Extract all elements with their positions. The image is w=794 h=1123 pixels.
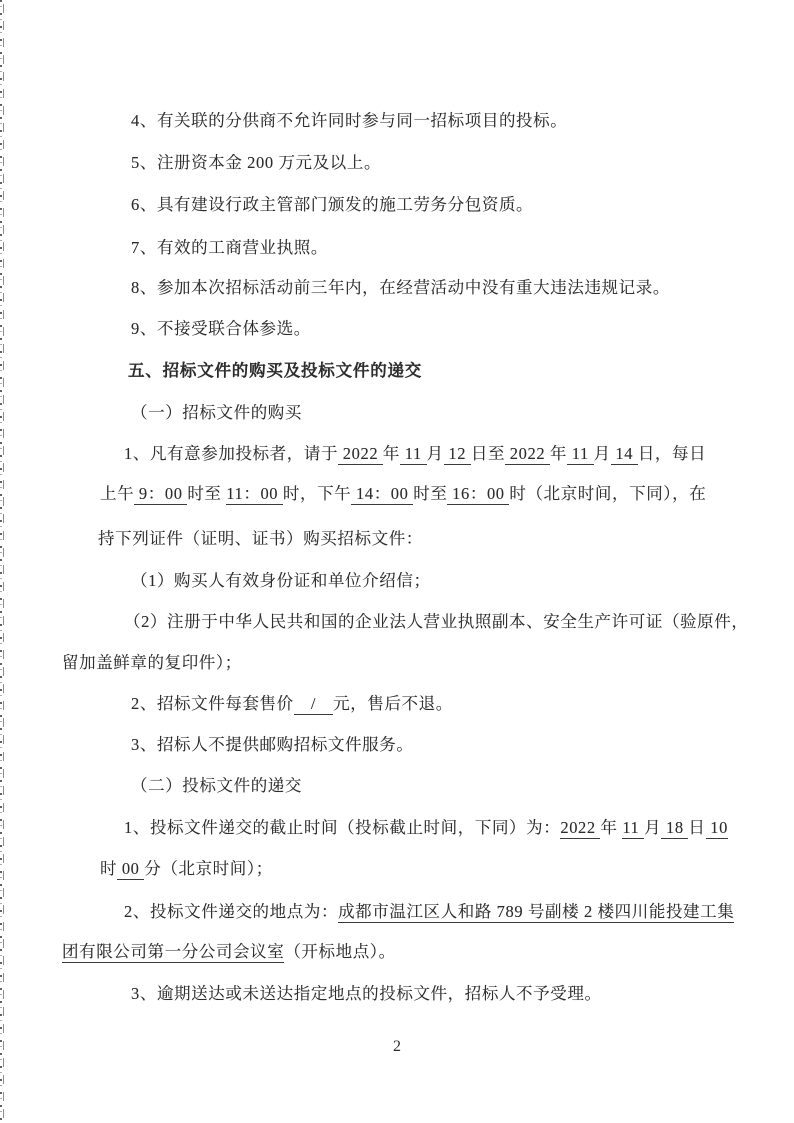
- underlined-fill-in-text: 2022: [338, 444, 383, 465]
- text-segment: （1）购买人有效身份证和单位介绍信；: [131, 571, 431, 590]
- section-heading: 五、招标文件的购买及投标文件的递交: [128, 360, 422, 382]
- underlined-fill-in-text: 11: [622, 818, 644, 839]
- text-line: 8、参加本次招标活动前三年内，在经营活动中没有重大违法违规记录。: [131, 277, 670, 299]
- text-segment: 2、招标文件每套售价: [131, 694, 294, 713]
- text-line: 3、招标人不提供邮购招标文件服务。: [131, 734, 413, 756]
- text-segment: 月: [427, 444, 444, 463]
- underlined-fill-in-text: 14：00: [351, 484, 413, 505]
- text-segment: 日: [688, 818, 705, 837]
- text-segment: 时（北京时间，下同），在: [509, 484, 706, 503]
- underlined-fill-in-text: 9：00: [134, 484, 187, 505]
- text-segment: 4、有关联的分供商不允许同时参与同一招标项目的投标。: [131, 111, 567, 130]
- underlined-fill-in-text: 14: [611, 444, 638, 465]
- text-segment: 分（北京时间）；: [144, 859, 273, 878]
- text-segment: 月: [644, 818, 661, 837]
- text-segment: 1、投标文件递交的截止时间（投标截止时间，下同）为：: [124, 818, 560, 837]
- underlined-fill-in-text: 16：00: [447, 484, 509, 505]
- text-line: 留加盖鲜章的复印件）；: [62, 652, 242, 674]
- text-segment: （二）投标文件的递交: [131, 776, 302, 795]
- text-segment: （一）招标文件的购买: [131, 403, 302, 422]
- text-segment: 1、凡有意参加投标者，请于: [124, 444, 338, 463]
- underlined-fill-in-text: 11：00: [226, 484, 283, 505]
- text-segment: 年: [383, 444, 400, 463]
- text-segment: （开标地点）。: [284, 942, 395, 961]
- text-line: （一）招标文件的购买: [131, 402, 302, 424]
- text-segment: 年: [550, 444, 567, 463]
- text-line: 6、具有建设行政主管部门颁发的施工劳务分包资质。: [131, 194, 533, 216]
- underlined-fill-in-text: 成都市温江区人和路 789 号副楼 2 楼四川能投建工集: [338, 902, 734, 923]
- text-segment: 6、具有建设行政主管部门颁发的施工劳务分包资质。: [131, 195, 533, 214]
- text-line: 时 00 分（北京时间）；: [100, 858, 273, 880]
- text-segment: 2、投标文件递交的地点为：: [124, 902, 338, 921]
- text-segment: 元，售后不退。: [333, 694, 453, 713]
- text-segment: 时至: [187, 484, 226, 503]
- document-page: 4、有关联的分供商不允许同时参与同一招标项目的投标。5、注册资本金 200 万元…: [0, 0, 794, 1123]
- text-segment: 3、招标人不提供邮购招标文件服务。: [131, 735, 413, 754]
- text-line: 1、投标文件递交的截止时间（投标截止时间，下同）为：2022 年 11 月 18…: [124, 817, 728, 839]
- underlined-fill-in-text: 11: [400, 444, 427, 465]
- text-line: （二）投标文件的递交: [131, 775, 302, 797]
- text-segment: 五、招标文件的购买及投标文件的递交: [128, 361, 422, 380]
- text-segment: 月: [594, 444, 611, 463]
- underlined-fill-in-text: 00: [117, 859, 144, 880]
- text-segment: 日，每日: [638, 444, 706, 463]
- text-line: 团有限公司第一分公司会议室（开标地点）。: [62, 941, 396, 963]
- text-segment: 持下列证件（证明、证书）购买招标文件：: [98, 529, 423, 548]
- text-line: 2、招标文件每套售价 / 元，售后不退。: [131, 693, 453, 715]
- underlined-fill-in-text: 10: [706, 818, 728, 839]
- underlined-fill-in-text: 2022: [560, 818, 600, 839]
- text-segment: 留加盖鲜章的复印件）；: [62, 653, 242, 672]
- text-line: （2）注册于中华人民共和国的企业法人营业执照副本、安全生产许可证（验原件，: [124, 611, 748, 633]
- text-line: 9、不接受联合体参选。: [131, 318, 311, 340]
- text-line: （1）购买人有效身份证和单位介绍信；: [131, 570, 431, 592]
- text-line: 7、有效的工商营业执照。: [131, 237, 328, 259]
- text-line: 1、凡有意参加投标者，请于 2022 年 11 月 12 日至 2022 年 1…: [124, 443, 706, 465]
- text-line: 4、有关联的分供商不允许同时参与同一招标项目的投标。: [131, 110, 567, 132]
- text-segment: 时至: [413, 484, 447, 503]
- page-number: 2: [0, 1038, 794, 1056]
- underlined-fill-in-text: 11: [567, 444, 594, 465]
- text-segment: 上午: [100, 484, 134, 503]
- text-segment: 日至: [471, 444, 505, 463]
- underlined-fill-in-text: 12: [444, 444, 471, 465]
- scan-edge-artifact: [0, 0, 5, 1123]
- underlined-fill-in-text: /: [294, 694, 333, 715]
- underlined-fill-in-text: 18: [661, 818, 688, 839]
- text-line: 2、投标文件递交的地点为：成都市温江区人和路 789 号副楼 2 楼四川能投建工…: [124, 901, 734, 923]
- text-segment: 5、注册资本金 200 万元及以上。: [131, 153, 381, 172]
- text-segment: 7、有效的工商营业执照。: [131, 238, 328, 257]
- text-line: 持下列证件（证明、证书）购买招标文件：: [98, 528, 423, 550]
- text-segment: 时: [100, 859, 117, 878]
- text-segment: （2）注册于中华人民共和国的企业法人营业执照副本、安全生产许可证（验原件，: [124, 612, 748, 631]
- text-segment: 8、参加本次招标活动前三年内，在经营活动中没有重大违法违规记录。: [131, 278, 670, 297]
- text-segment: 9、不接受联合体参选。: [131, 319, 311, 338]
- text-segment: 年: [600, 818, 622, 837]
- underlined-fill-in-text: 团有限公司第一分公司会议室: [62, 942, 284, 963]
- underlined-fill-in-text: 2022: [505, 444, 550, 465]
- text-line: 上午 9：00 时至 11：00 时，下午 14：00 时至 16：00 时（北…: [100, 483, 706, 505]
- text-line: 3、逾期送达或未送达指定地点的投标文件，招标人不予受理。: [131, 983, 602, 1005]
- text-segment: 3、逾期送达或未送达指定地点的投标文件，招标人不予受理。: [131, 984, 602, 1003]
- text-line: 5、注册资本金 200 万元及以上。: [131, 152, 381, 174]
- text-segment: 时，下午: [283, 484, 351, 503]
